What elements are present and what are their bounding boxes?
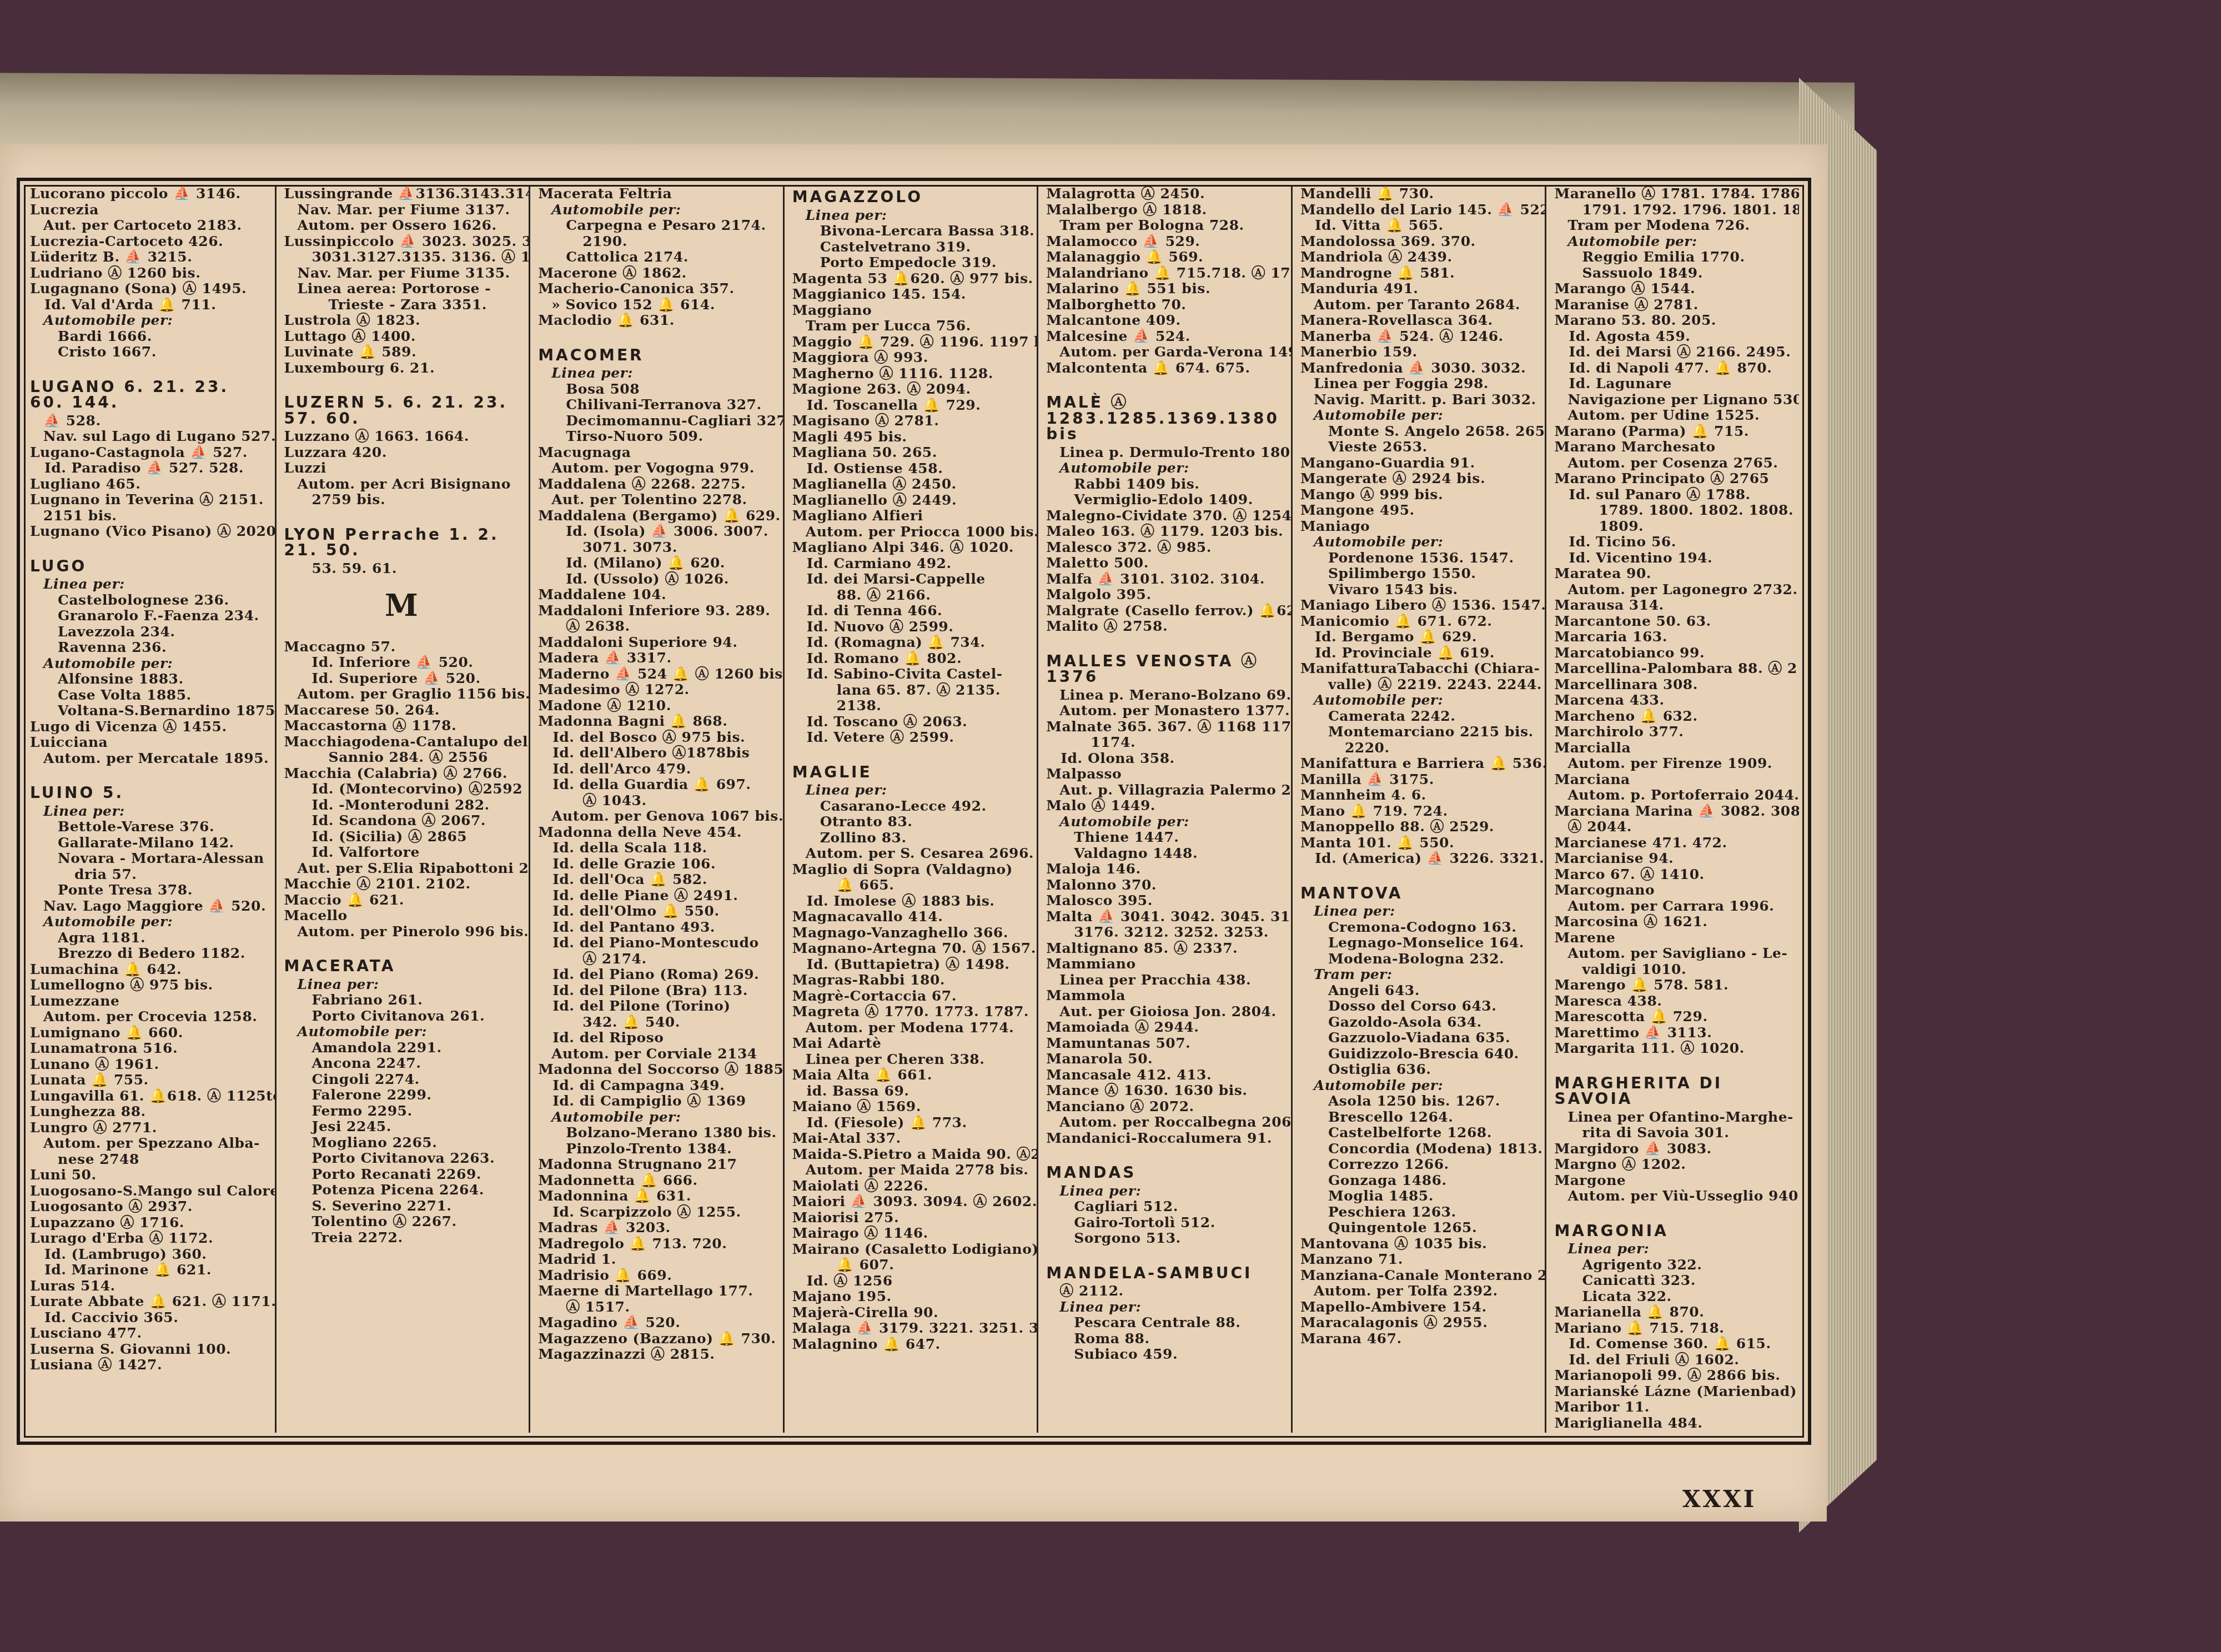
index-entry: Manerba ⛵ 524. Ⓐ 1246. xyxy=(1300,329,1539,345)
index-entry: Id. di Campagna 349. xyxy=(538,1078,776,1094)
index-entry: Id. dell'Albero Ⓐ1878bis xyxy=(538,745,776,761)
index-entry: Id. -Monteroduni 282. xyxy=(284,797,522,814)
index-entry: Luzzano Ⓐ 1663. 1664. xyxy=(284,429,522,445)
index-entry: 1809. xyxy=(1554,519,1792,535)
index-entry: Autom. per Lagonegro 2732. xyxy=(1554,582,1792,598)
index-entry: Pinzolo-Trento 1384. xyxy=(538,1141,776,1157)
index-entry: Tolentino Ⓐ 2267. xyxy=(284,1214,522,1230)
index-entry: Ⓐ 2044. xyxy=(1554,819,1792,835)
index-entry: Id. Paradiso ⛵ 527. 528. xyxy=(30,460,268,476)
index-entry: Mandriola Ⓐ 2439. xyxy=(1300,249,1539,265)
index-entry: Lupazzano Ⓐ 1716. xyxy=(30,1215,268,1231)
index-entry: Lucrezia xyxy=(30,202,268,218)
index-entry: nese 2748 xyxy=(30,1152,268,1168)
station-heading: MANTOVA xyxy=(1300,886,1539,902)
index-entry: Aut. p. Villagrazia Palermo 2910. xyxy=(1046,782,1284,799)
index-entry: Monte S. Angelo 2658. 2658 bis xyxy=(1300,424,1539,440)
index-entry: Manifattura e Barriera 🔔 536. 537. xyxy=(1300,756,1539,772)
index-entry: Malfa ⛵ 3101. 3102. 3104. xyxy=(1046,571,1284,588)
index-entry: Maida-S.Pietro a Maida 90. Ⓐ2779 xyxy=(792,1147,1031,1163)
index-entry: Bosa 508 xyxy=(538,381,776,398)
index-entry: Cingoli 2274. xyxy=(284,1072,522,1088)
index-entry: Lurago d'Erba Ⓐ 1172. xyxy=(30,1231,268,1247)
index-entry: Decimomannu-Cagliari 327 xyxy=(538,413,776,429)
index-entry: Magione 263. Ⓐ 2094. xyxy=(792,381,1031,398)
index-entry: Lunamatrona 516. xyxy=(30,1041,268,1057)
index-entry: Luni 50. xyxy=(30,1167,268,1183)
index-entry: Autom. per Monastero 1377. xyxy=(1046,703,1284,719)
index-entry: Maddalene 104. xyxy=(538,587,776,603)
index-entry: Id. Val d'Arda 🔔 711. xyxy=(30,297,268,313)
index-entry: Malarino 🔔 551 bis. xyxy=(1046,281,1284,297)
station-heading: LUGANO 6. 21. 23. 60. 144. xyxy=(30,379,268,411)
index-entry: Margidoro ⛵ 3083. xyxy=(1554,1141,1792,1157)
index-entry: Maclodio 🔔 631. xyxy=(538,313,776,329)
index-entry: Linea p. Merano-Bolzano 69. xyxy=(1046,687,1284,704)
index-entry: Lavezzola 234. xyxy=(30,624,268,640)
index-entry: Marcheno 🔔 632. xyxy=(1554,709,1792,725)
page-number: XXXI xyxy=(1682,1485,1756,1513)
index-entry: Maranise Ⓐ 2781. xyxy=(1554,297,1792,313)
index-entry: Mance Ⓐ 1630. 1630 bis. xyxy=(1046,1083,1284,1099)
station-heading: MANDAS xyxy=(1046,1165,1284,1181)
index-entry: Marano Marchesato xyxy=(1554,439,1792,455)
index-entry: ManifatturaTabacchi (Chiara- xyxy=(1300,661,1539,677)
index-entry: Mogliano 2265. xyxy=(284,1135,522,1151)
index-entry: Autom. per Tolfa 2392. xyxy=(1300,1283,1539,1299)
index-entry: Subiaco 459. xyxy=(1046,1347,1284,1363)
index-entry: Vermiglio-Edolo 1409. xyxy=(1046,492,1284,508)
index-entry: Magadino ⛵ 520. xyxy=(538,1315,776,1331)
index-entry: valdigi 1010. xyxy=(1554,962,1792,978)
index-entry: Maddalena Ⓐ 2268. 2275. xyxy=(538,476,776,493)
index-entry: Maglianella Ⓐ 2450. xyxy=(792,476,1031,493)
index-entry: Linea per: xyxy=(1554,1241,1792,1257)
index-entry: Malanaggio 🔔 569. xyxy=(1046,249,1284,265)
index-entry: Sannio 284. Ⓐ 2556 xyxy=(284,750,522,766)
index-entry: Automobile per: xyxy=(284,1024,522,1040)
index-entry: Autom. p. Portoferraio 2044. xyxy=(1554,787,1792,804)
index-entry: Mancasale 412. 413. xyxy=(1046,1067,1284,1083)
index-entry: Id. Provinciale 🔔 619. xyxy=(1300,645,1539,661)
index-entry: Mantovana Ⓐ 1035 bis. xyxy=(1300,1236,1539,1252)
station-heading: MACERATA xyxy=(284,958,522,975)
index-entry: Autom. per Viù-Usseglio 940. xyxy=(1554,1188,1792,1204)
index-entry: Granarolo F.-Faenza 234. xyxy=(30,608,268,624)
index-entry: 2190. xyxy=(538,234,776,250)
index-entry: Maddaloni Superiore 94. xyxy=(538,635,776,651)
index-entry: 53. 59. 61. xyxy=(284,561,522,577)
index-entry: Rabbi 1409 bis. xyxy=(1046,476,1284,493)
index-entry: Automobile per: xyxy=(1300,408,1539,424)
index-entry: Carpegna e Pesaro 2174. xyxy=(538,218,776,234)
index-entry: Nav. Lago Maggiore ⛵ 520. xyxy=(30,898,268,915)
index-entry: Id. del Piano-Montescudo xyxy=(538,935,776,951)
index-entry: Malonno 370. xyxy=(1046,877,1284,893)
index-entry: Linea per: xyxy=(1046,1183,1284,1199)
index-entry: Id. del Pantano 493. xyxy=(538,920,776,936)
index-entry: Spilimbergo 1550. xyxy=(1300,566,1539,582)
index-entry: Id. Ostiense 458. xyxy=(792,461,1031,477)
index-entry: Luogosanto Ⓐ 2937. xyxy=(30,1199,268,1215)
index-entry: Maccarese 50. 264. xyxy=(284,702,522,719)
index-entry: Madonna del Soccorso Ⓐ 1885. xyxy=(538,1062,776,1078)
index-entry: Ⓐ 1043. xyxy=(538,793,776,809)
index-entry: Mandanici-Roccalumera 91. xyxy=(1046,1131,1284,1147)
index-entry: Porto Empedocle 319. xyxy=(792,255,1031,271)
index-entry: Thiene 1447. xyxy=(1046,830,1284,846)
index-entry: Maribor 11. xyxy=(1554,1399,1792,1415)
index-column-7: Maranello Ⓐ 1781. 1784. 1786.1791. 1792.… xyxy=(1546,186,1799,1433)
index-entry: Marcianise 94. xyxy=(1554,851,1792,867)
index-entry: Autom. per Firenze 1909. xyxy=(1554,756,1792,772)
index-entry: Ostiglia 636. xyxy=(1300,1062,1539,1078)
index-entry: Autom. per Pinerolo 996 bis. xyxy=(284,924,522,940)
index-columns: Lucorano piccolo ⛵ 3146.LucreziaAut. per… xyxy=(22,186,1799,1433)
index-entry: Luzzi xyxy=(284,460,522,476)
station-heading: MALLES VENOSTA Ⓐ 1376 xyxy=(1046,654,1284,685)
index-entry: Tram per Lucca 756. xyxy=(792,318,1031,334)
index-entry: Mannheim 4. 6. xyxy=(1300,787,1539,804)
index-entry: Case Volta 1885. xyxy=(30,687,268,704)
index-entry: Id. Ticino 56. xyxy=(1554,534,1792,550)
index-entry: Lusciano 477. xyxy=(30,1325,268,1342)
index-entry: Lunano Ⓐ 1961. xyxy=(30,1057,268,1073)
index-entry: Maggianico 145. 154. xyxy=(792,287,1031,303)
index-entry: Autom. per Modena 1774. xyxy=(792,1020,1031,1036)
index-entry: Lucrezia-Cartoceto 426. xyxy=(30,234,268,250)
index-entry: Marco 67. Ⓐ 1410. xyxy=(1554,867,1792,883)
index-entry: Lussingrande ⛵3136.3143.3144. xyxy=(284,186,522,202)
index-entry: 2138. xyxy=(792,698,1031,714)
index-entry: Id. Lagunare xyxy=(1554,376,1792,392)
index-entry: Id. Olona 358. xyxy=(1046,751,1284,767)
index-entry: Porto Civitanova 2263. xyxy=(284,1151,522,1167)
index-entry: Tram per Bologna 728. xyxy=(1046,218,1284,234)
index-entry: Brezzo di Bedero 1182. xyxy=(30,946,268,962)
index-entry: Luxembourg 6. 21. xyxy=(284,360,522,376)
index-entry: Id. Vetere Ⓐ 2599. xyxy=(792,730,1031,746)
index-entry: Lugnano in Teverina Ⓐ 2151. xyxy=(30,492,268,508)
index-entry: Macchie Ⓐ 2101. 2102. xyxy=(284,876,522,892)
index-entry: Magnago-Vanzaghello 366. xyxy=(792,925,1031,941)
station-heading: MAGLIE xyxy=(792,765,1031,781)
index-entry: Lungavilla 61. 🔔618. Ⓐ 1125ter. xyxy=(30,1088,268,1104)
index-entry: Manera-Rovellasca 364. xyxy=(1300,313,1539,329)
index-entry: Autom. per Genova 1067 bis. xyxy=(538,809,776,825)
index-entry: Lunghezza 88. xyxy=(30,1104,268,1120)
index-entry: Id. Scandona Ⓐ 2067. xyxy=(284,813,522,829)
index-entry: Linea p. Dermulo-Trento 180 xyxy=(1046,445,1284,461)
index-entry: Cagliari 512. xyxy=(1046,1199,1284,1215)
index-entry: Macugnaga xyxy=(538,445,776,461)
index-entry: Marango Ⓐ 1544. xyxy=(1554,281,1792,297)
index-entry: Nav. Mar. per Fiume 3135. xyxy=(284,265,522,282)
index-entry: Magliano Alpi 346. Ⓐ 1020. xyxy=(792,540,1031,556)
index-entry: Linea aerea: Portorose - xyxy=(284,281,522,297)
index-entry: Maltignano 85. Ⓐ 2337. xyxy=(1046,941,1284,957)
index-entry: Id. dell'Arco 479. xyxy=(538,761,776,777)
index-entry: Fermo 2295. xyxy=(284,1103,522,1119)
index-entry: Marcantone 50. 63. xyxy=(1554,614,1792,630)
index-entry: Marettimo ⛵ 3113. xyxy=(1554,1025,1792,1041)
index-entry: Trieste - Zara 3351. xyxy=(284,297,522,313)
index-entry: Marcianese 471. 472. xyxy=(1554,835,1792,851)
index-entry: Tram per Modena 726. xyxy=(1554,218,1792,234)
index-entry: Linea per: xyxy=(1300,903,1539,920)
index-entry: Id. Superiore ⛵ 520. xyxy=(284,671,522,687)
index-entry: Autom. per Vogogna 979. xyxy=(538,460,776,476)
index-entry: Gazoldo-Asola 634. xyxy=(1300,1015,1539,1031)
index-entry: Moglia 1485. xyxy=(1300,1188,1539,1204)
index-entry: Ludriano Ⓐ 1260 bis. xyxy=(30,265,268,282)
index-entry: Madonnina 🔔 631. xyxy=(538,1188,776,1204)
index-entry: Manciano Ⓐ 2072. xyxy=(1046,1099,1284,1115)
index-entry: lana 65. 87. Ⓐ 2135. xyxy=(792,682,1031,699)
index-entry: Fabriano 261. xyxy=(284,992,522,1008)
index-entry: Linea per: xyxy=(538,365,776,381)
index-entry: Mandello del Lario 145. ⛵ 522. xyxy=(1300,202,1539,218)
index-entry: Mai Adartè xyxy=(792,1036,1031,1052)
index-entry: Mango Ⓐ 999 bis. xyxy=(1300,487,1539,503)
index-entry: Id. Sabino-Civita Castel- xyxy=(792,666,1031,682)
index-entry: Id. Scarpizzolo Ⓐ 1255. xyxy=(538,1204,776,1221)
index-entry: Reggio Emilia 1770. xyxy=(1554,249,1792,265)
index-entry: Id. di Tenna 466. xyxy=(792,603,1031,619)
index-entry: Mammiano xyxy=(1046,956,1284,972)
index-entry: Linea per Pracchia 438. xyxy=(1046,972,1284,988)
index-entry: Id. delle Piane Ⓐ 2491. xyxy=(538,888,776,904)
index-entry: Jesi 2245. xyxy=(284,1119,522,1135)
index-entry: Macello xyxy=(284,908,522,924)
index-entry: Aut. per Cartoceto 2183. xyxy=(30,218,268,234)
index-entry: Malesco 372. Ⓐ 985. xyxy=(1046,540,1284,556)
index-entry: Bardi 1666. xyxy=(30,329,268,345)
index-entry: Automobile per: xyxy=(30,656,268,672)
index-entry: Autom. per Graglio 1156 bis. xyxy=(284,686,522,702)
index-entry: Maniago xyxy=(1300,519,1539,535)
index-entry: Gairo-Tortolì 512. xyxy=(1046,1215,1284,1231)
index-entry: Agra 1181. xyxy=(30,930,268,946)
index-entry: Bettole-Varese 376. xyxy=(30,819,268,835)
index-entry: Autom. per Acri Bisignano xyxy=(284,476,522,493)
index-entry: Agrigento 322. xyxy=(1554,1257,1792,1273)
index-entry: Id. dei Marsi Ⓐ 2166. 2495. xyxy=(1554,344,1792,360)
index-entry: Amandola 2291. xyxy=(284,1040,522,1056)
index-entry: Peschiera 1263. xyxy=(1300,1204,1539,1221)
index-entry: Pordenone 1536. 1547. xyxy=(1300,550,1539,566)
index-entry: Magnano-Artegna 70. Ⓐ 1567. xyxy=(792,941,1031,957)
index-entry: Lumellogno Ⓐ 975 bis. xyxy=(30,977,268,993)
station-heading: MARGONIA xyxy=(1554,1223,1792,1239)
index-entry: Autom. per S. Cesarea 2696. xyxy=(792,846,1031,862)
index-entry: Valdagno 1448. xyxy=(1046,846,1284,862)
index-entry: Malosco 395. xyxy=(1046,893,1284,909)
index-entry: Nav. sul Lago di Lugano 527. xyxy=(30,429,268,445)
index-entry: Madonnetta 🔔 666. xyxy=(538,1173,776,1189)
index-entry: Id. del Bosco Ⓐ 975 bis. xyxy=(538,730,776,746)
index-entry: Luzzara 420. xyxy=(284,445,522,461)
index-entry: Maccio 🔔 621. xyxy=(284,892,522,908)
index-entry: Manerbio 159. xyxy=(1300,344,1539,360)
index-entry: Mandelli 🔔 730. xyxy=(1300,186,1539,202)
index-entry: Automobile per: xyxy=(30,914,268,930)
index-entry: valle) Ⓐ 2219. 2243. 2244. xyxy=(1300,677,1539,693)
index-entry: Otranto 83. xyxy=(792,814,1031,830)
index-entry: Gazzuolo-Viadana 635. xyxy=(1300,1030,1539,1046)
index-entry: Autom. per Garda-Verona 1499 xyxy=(1046,344,1284,360)
index-entry: Margarita 111. Ⓐ 1020. xyxy=(1554,1041,1792,1057)
section-letter: M xyxy=(284,597,522,614)
index-entry: Id. Ⓐ 1256 xyxy=(792,1273,1031,1289)
index-entry: Lugnano (Vico Pisano) Ⓐ 2020. xyxy=(30,524,268,540)
index-entry: Magherno Ⓐ 1116. 1128. xyxy=(792,366,1031,382)
index-entry: Id. sul Panaro Ⓐ 1788. xyxy=(1554,487,1792,503)
index-column-3: Macerata FeltriaAutomobile per:Carpegna … xyxy=(530,186,785,1433)
index-entry: 3071. 3073. xyxy=(538,540,776,556)
index-entry: Automobile per: xyxy=(1046,460,1284,476)
index-entry: Id. (America) ⛵ 3226. 3321. xyxy=(1300,851,1539,867)
index-entry: Lunata 🔔 755. xyxy=(30,1072,268,1088)
index-entry: Linea per Ofantino-Marghe- xyxy=(1554,1109,1792,1126)
index-entry: Autom. per Corviale 2134 xyxy=(538,1046,776,1062)
index-entry: Malandriano 🔔 715.718. Ⓐ 1714. xyxy=(1046,265,1284,282)
index-entry: Maiori ⛵ 3093. 3094. Ⓐ 2602. xyxy=(792,1194,1031,1210)
index-entry: Autom. per Spezzano Alba- xyxy=(30,1136,268,1152)
index-column-5: Malagrotta Ⓐ 2450.Malalbergo Ⓐ 1818.Tram… xyxy=(1038,186,1293,1433)
index-entry: Id. (Fiesole) 🔔 773. xyxy=(792,1115,1031,1131)
index-entry: 🔔 665. xyxy=(792,877,1031,893)
index-entry: Linea per: xyxy=(1046,1299,1284,1315)
index-entry: Autom. per Roccalbegna 2069 xyxy=(1046,1114,1284,1131)
index-entry: Chilivani-Terranova 327. xyxy=(538,397,776,413)
index-entry: Mandolossa 369. 370. xyxy=(1300,234,1539,250)
index-entry: Ponte Tresa 378. xyxy=(30,882,268,898)
index-entry: Magnacavallo 414. xyxy=(792,909,1031,925)
index-entry: Maleo 163. Ⓐ 1179. 1203 bis. xyxy=(1046,524,1284,540)
index-entry: Magrè-Cortaccia 67. xyxy=(792,988,1031,1005)
index-entry: Asola 1250 bis. 1267. xyxy=(1300,1093,1539,1109)
index-entry: Canicattì 323. xyxy=(1554,1273,1792,1289)
index-entry: Lugano-Castagnola ⛵ 527. xyxy=(30,445,268,461)
index-entry: Maderno ⛵ 524 🔔 Ⓐ 1260 bis. xyxy=(538,666,776,682)
index-entry: Maddaloni Inferiore 93. 289. xyxy=(538,603,776,619)
index-entry: Ⓐ 1517. xyxy=(538,1299,776,1315)
index-entry: Lucorano piccolo ⛵ 3146. xyxy=(30,186,268,202)
index-entry: 1789. 1800. 1802. 1808. xyxy=(1554,503,1792,519)
index-entry: Luvinate 🔔 589. xyxy=(284,344,522,360)
index-entry: Maiolati Ⓐ 2226. xyxy=(792,1178,1031,1194)
index-entry: Lugagnano (Sona) Ⓐ 1495. xyxy=(30,281,268,297)
index-entry: Zollino 83. xyxy=(792,830,1031,846)
index-entry: Mangano-Guardia 91. xyxy=(1300,455,1539,471)
index-entry: Manfredonia ⛵ 3030. 3032. xyxy=(1300,360,1539,376)
index-entry: ⛵ 528. xyxy=(30,413,268,429)
index-entry: Lusiana Ⓐ 1427. xyxy=(30,1357,268,1373)
index-entry: Marcaria 163. xyxy=(1554,629,1792,645)
index-entry: Madrisio 🔔 669. xyxy=(538,1268,776,1284)
index-entry: Maglio di Sopra (Valdagno) xyxy=(792,862,1031,878)
index-entry: Castelbelforte 1268. xyxy=(1300,1125,1539,1141)
index-entry: Castelbolognese 236. xyxy=(30,592,268,609)
index-entry: Mairago Ⓐ 1146. xyxy=(792,1226,1031,1242)
index-entry: Vieste 2653. xyxy=(1300,439,1539,455)
index-entry: Malito Ⓐ 2758. xyxy=(1046,619,1284,635)
index-entry: Majano 195. xyxy=(792,1289,1031,1305)
index-entry: Maracalagonis Ⓐ 2955. xyxy=(1300,1315,1539,1331)
station-heading: MARGHERITA DI SAVOIA xyxy=(1554,1076,1792,1107)
index-entry: Mairano (Casaletto Lodigiano) xyxy=(792,1242,1031,1258)
index-entry: 88. Ⓐ 2166. xyxy=(792,588,1031,604)
index-entry: Automobile per: xyxy=(1554,234,1792,250)
index-entry: Ravenna 236. xyxy=(30,640,268,656)
index-entry: Mai-Atal 337. xyxy=(792,1131,1031,1147)
index-entry: Malcesine ⛵ 524. xyxy=(1046,329,1284,345)
index-entry: Marengo 🔔 578. 581. xyxy=(1554,977,1792,993)
index-entry: Madonna Bagni 🔔 868. xyxy=(538,714,776,730)
index-entry: Marcosina Ⓐ 1621. xyxy=(1554,914,1792,930)
index-entry: Automobile per: xyxy=(1300,692,1539,709)
station-heading: MALÈ Ⓐ 1283.1285.1369.1380 bis xyxy=(1046,395,1284,443)
index-entry: Linea per: xyxy=(792,208,1031,224)
index-entry: Porto Recanati 2269. xyxy=(284,1167,522,1183)
index-entry: Malamocco ⛵ 529. xyxy=(1046,234,1284,250)
index-entry: Macerone Ⓐ 1862. xyxy=(538,265,776,282)
index-entry: Ancona 2247. xyxy=(284,1056,522,1072)
index-entry: Mariglianella 484. xyxy=(1554,1415,1792,1432)
index-entry: Automobile per: xyxy=(30,313,268,329)
index-entry: 1174. xyxy=(1046,735,1284,751)
index-entry: Mariano 🔔 715. 718. xyxy=(1554,1320,1792,1337)
index-entry: Autom. per Crocevia 1258. xyxy=(30,1009,268,1025)
index-entry: Linea per Foggia 298. xyxy=(1300,376,1539,392)
index-entry: Id. Romano 🔔 802. xyxy=(792,651,1031,667)
index-entry: Id. (Isola) ⛵ 3006. 3007. xyxy=(538,524,776,540)
index-entry: Maia Alta 🔔 661. xyxy=(792,1067,1031,1083)
index-entry: Id. Agosta 459. xyxy=(1554,329,1792,345)
index-entry: Id. Bergamo 🔔 629. xyxy=(1300,629,1539,645)
index-entry: Aut. per S.Elia Ripabottoni 2551 xyxy=(284,861,522,877)
index-entry: Correzzo 1266. xyxy=(1300,1157,1539,1173)
index-entry: Malagrotta Ⓐ 2450. xyxy=(1046,186,1284,202)
index-entry: Navig. Maritt. p. Bari 3032. xyxy=(1300,392,1539,408)
index-entry: Bolzano-Merano 1380 bis. xyxy=(538,1125,776,1141)
index-entry: Autom. per Cosenza 2765. xyxy=(1554,455,1792,471)
index-column-6: Mandelli 🔔 730.Mandello del Lario 145. ⛵… xyxy=(1293,186,1547,1433)
index-entry: Macchia (Calabria) Ⓐ 2766. xyxy=(284,766,522,782)
index-entry: Voltana-S.Bernardino 1875 xyxy=(30,703,268,719)
index-entry: id. Bassa 69. xyxy=(792,1083,1031,1099)
index-entry: 342. 🔔 540. xyxy=(538,1015,776,1031)
station-heading: LUGO xyxy=(30,559,268,575)
index-entry: Magras-Rabbi 180. xyxy=(792,972,1031,988)
index-entry: Luras 514. xyxy=(30,1278,268,1294)
index-entry: Id. Caccivio 365. xyxy=(30,1310,268,1326)
index-entry: Pescara Centrale 88. xyxy=(1046,1315,1284,1331)
index-entry: Maloja 146. xyxy=(1046,861,1284,877)
index-entry: Treia 2272. xyxy=(284,1230,522,1246)
index-entry: Malnate 365. 367. Ⓐ 1168 1171. xyxy=(1046,719,1284,735)
index-entry: Marano 53. 80. 205. xyxy=(1554,313,1792,329)
index-entry: Macerata Feltria xyxy=(538,186,776,202)
index-entry: Mano 🔔 719. 724. xyxy=(1300,804,1539,820)
index-entry: Manarola 50. xyxy=(1046,1051,1284,1067)
index-entry: Id. delle Grazie 106. xyxy=(538,856,776,872)
index-entry: dria 57. xyxy=(30,867,268,883)
index-entry: Maratea 90. xyxy=(1554,566,1792,582)
index-entry: Margone xyxy=(1554,1173,1792,1189)
index-entry: Id. del Piano (Roma) 269. xyxy=(538,967,776,983)
